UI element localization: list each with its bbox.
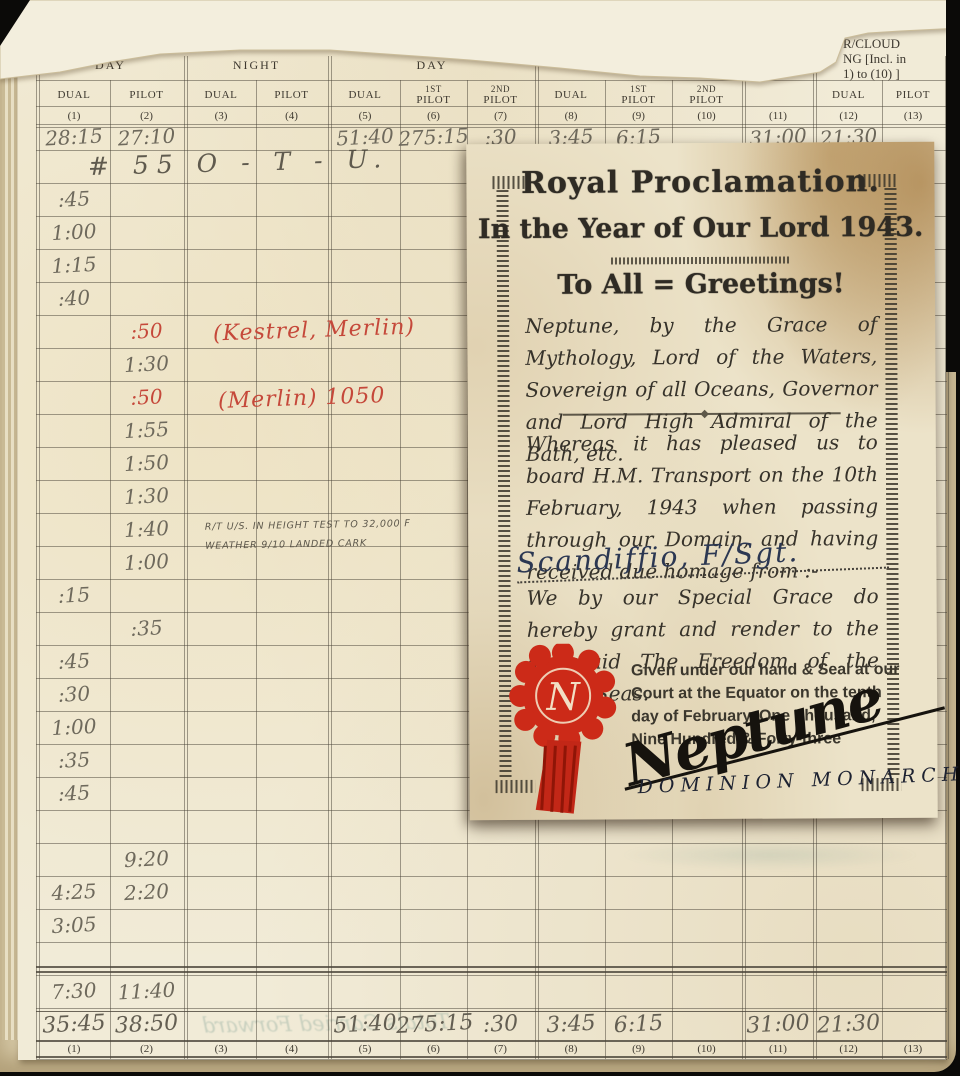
scanner-background-edge bbox=[946, 0, 960, 372]
seal-letter: N bbox=[545, 675, 581, 719]
certificate-greeting: To All = Greetings! bbox=[467, 268, 935, 301]
hatched-divider bbox=[611, 257, 791, 265]
certificate-year-line: In the Year of Our Lord 1943. bbox=[467, 212, 935, 245]
certificate-title: Royal Proclamation. bbox=[466, 164, 934, 201]
scanner-background-corner bbox=[0, 0, 30, 46]
royal-proclamation-certificate: Royal Proclamation. In the Year of Our L… bbox=[466, 142, 938, 820]
page-edges bbox=[2, 40, 18, 1040]
scanned-logbook-photo: R/CLOUD NG [Incl. in 1) to (10) ] # 55 O… bbox=[0, 0, 960, 1076]
overlapping-torn-page bbox=[0, 0, 960, 120]
neptune-wax-seal-icon: N bbox=[507, 643, 620, 816]
